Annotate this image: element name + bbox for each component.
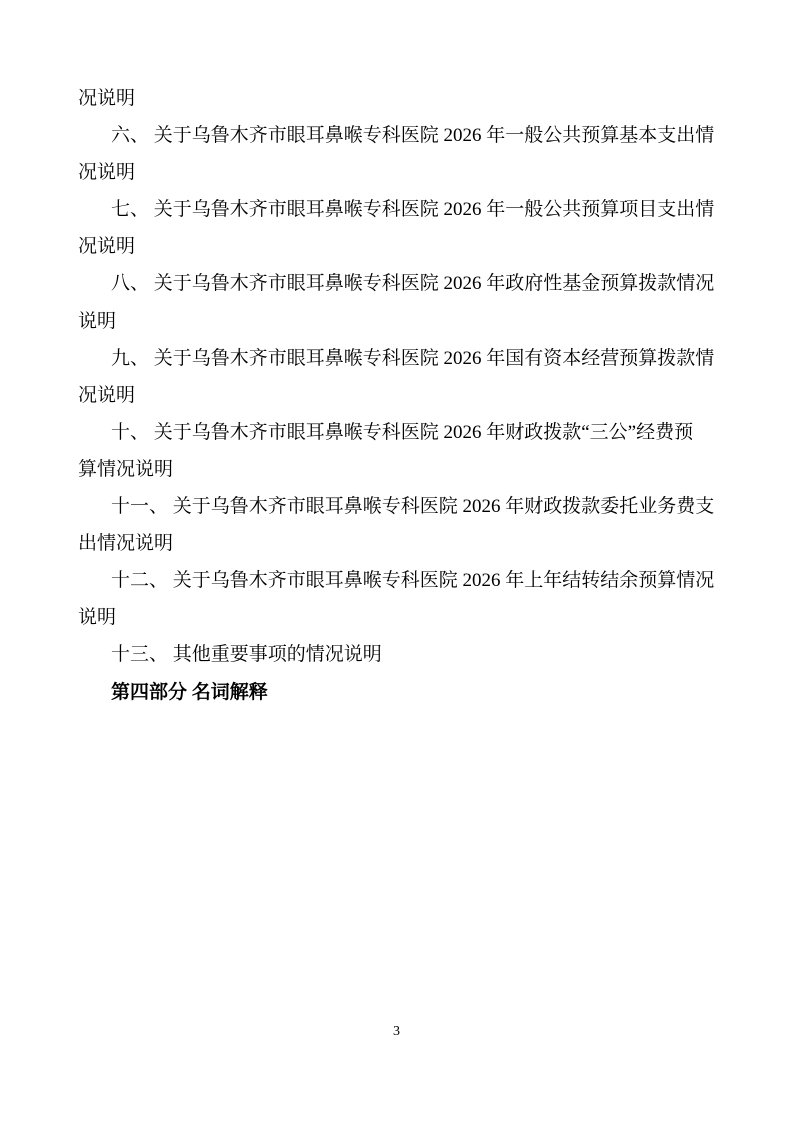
toc-content: 况说明六、 关于乌鲁木齐市眼耳鼻喉专科医院 2026 年一般公共预算基本支出情况…	[78, 80, 723, 711]
toc-line: 况说明	[78, 154, 723, 191]
toc-line: 况说明	[78, 80, 723, 117]
toc-line: 算情况说明	[78, 451, 723, 488]
toc-line: 十三、 其他重要事项的情况说明	[78, 636, 723, 673]
toc-line: 九、 关于乌鲁木齐市眼耳鼻喉专科医院 2026 年国有资本经营预算拨款情	[78, 340, 723, 377]
toc-line: 况说明	[78, 377, 723, 414]
toc-line: 说明	[78, 303, 723, 340]
toc-line: 十、 关于乌鲁木齐市眼耳鼻喉专科医院 2026 年财政拨款“三公”经费预	[78, 414, 723, 451]
page-number: 3	[393, 1024, 400, 1039]
toc-line: 七、 关于乌鲁木齐市眼耳鼻喉专科医院 2026 年一般公共预算项目支出情	[78, 191, 723, 228]
toc-line: 八、 关于乌鲁木齐市眼耳鼻喉专科医院 2026 年政府性基金预算拨款情况	[78, 265, 723, 302]
document-page: 况说明六、 关于乌鲁木齐市眼耳鼻喉专科医院 2026 年一般公共预算基本支出情况…	[0, 0, 793, 1122]
toc-line: 十一、 关于乌鲁木齐市眼耳鼻喉专科医院 2026 年财政拨款委托业务费支	[78, 488, 723, 525]
toc-line: 十二、 关于乌鲁木齐市眼耳鼻喉专科医院 2026 年上年结转结余预算情况	[78, 562, 723, 599]
toc-line: 况说明	[78, 228, 723, 265]
toc-line: 出情况说明	[78, 525, 723, 562]
toc-line: 说明	[78, 599, 723, 636]
toc-line: 六、 关于乌鲁木齐市眼耳鼻喉专科医院 2026 年一般公共预算基本支出情	[78, 117, 723, 154]
section-heading: 第四部分 名词解释	[78, 674, 723, 711]
page-footer: 3	[0, 1022, 793, 1041]
